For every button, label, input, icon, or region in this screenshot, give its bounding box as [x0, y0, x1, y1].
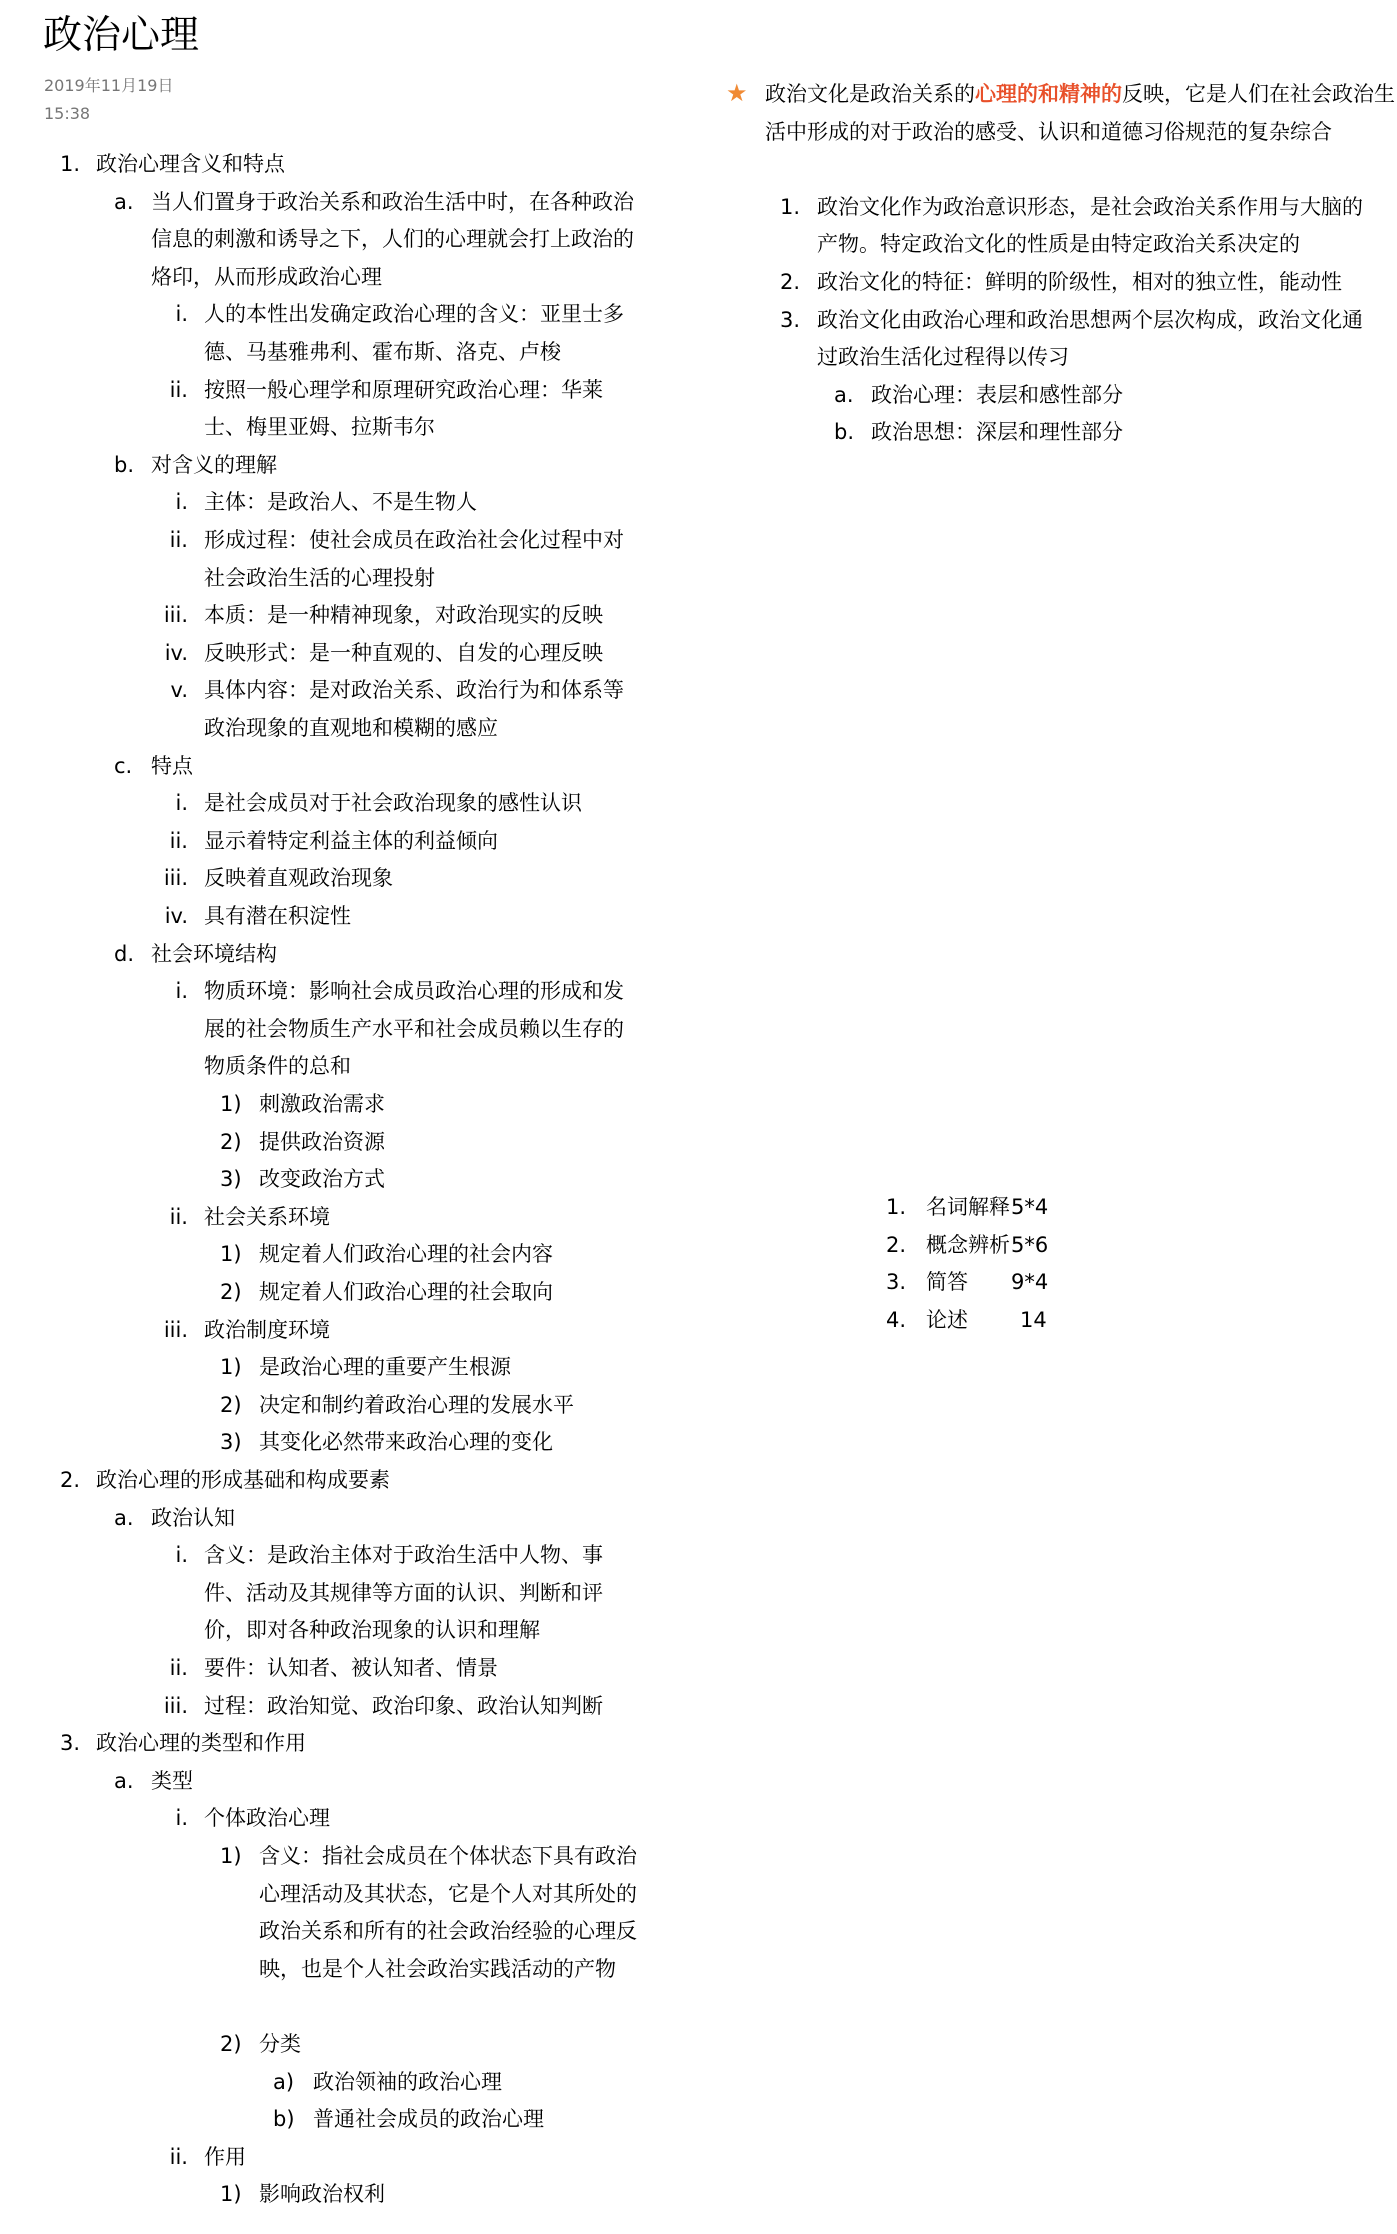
list-marker: iii. — [148, 1688, 188, 1726]
list-item: 1)是政治心理的重要产生根源 — [0, 1349, 660, 1387]
list-item: ii.显示着特定利益主体的利益倾向 — [0, 823, 660, 861]
exam-type: 概念辨析 — [926, 1227, 1010, 1265]
list-marker: 1. — [780, 189, 820, 227]
list-item-text: 作用 — [204, 2139, 644, 2177]
list-item-text: 特点 — [151, 748, 644, 786]
list-item-text: 物质环境：影响社会成员政治心理的形成和发展的社会物质生产水平和社会成员赖以生存的… — [204, 973, 644, 1086]
list-marker: 3. — [780, 302, 820, 340]
list-item-text: 政治思想：深层和理性部分 — [871, 414, 1382, 452]
list-marker: 3) — [220, 1424, 260, 1462]
list-marker: c. — [114, 748, 154, 786]
list-item-text: 政治认知 — [151, 1500, 644, 1538]
list-item-text: 决定和制约着政治心理的发展水平 — [259, 1387, 644, 1425]
list-item-text: 政治心理的形成基础和构成要素 — [96, 1462, 644, 1500]
list-item: i.物质环境：影响社会成员政治心理的形成和发展的社会物质生产水平和社会成员赖以生… — [0, 973, 660, 1086]
list-marker: a) — [273, 2064, 313, 2102]
exam-type: 简答 — [926, 1264, 968, 1302]
list-item: a.类型 — [0, 1763, 660, 1801]
list-marker: iv. — [148, 898, 188, 936]
culture-paragraph: 政治文化是政治关系的心理的和精神的反映，它是人们在社会政治生活中形成的对于政治的… — [765, 76, 1395, 151]
list-item-text: 政治文化作为政治意识形态，是社会政治关系作用与大脑的产物。特定政治文化的性质是由… — [817, 189, 1382, 264]
list-item-text: 反映形式：是一种直观的、自发的心理反映 — [204, 635, 644, 673]
list-item: iii.本质：是一种精神现象，对政治现实的反映 — [0, 597, 660, 635]
list-item: 1.政治心理含义和特点 — [0, 146, 660, 184]
list-marker: i. — [148, 973, 188, 1011]
list-item: 2.政治文化的特征：鲜明的阶级性，相对的独立性，能动性 — [0, 264, 1397, 302]
exam-score: 5*6 — [1011, 1227, 1048, 1265]
list-marker: i. — [148, 484, 188, 522]
list-marker: 2. — [886, 1227, 906, 1265]
list-marker: 2. — [60, 1462, 100, 1500]
list-marker: i. — [148, 1800, 188, 1838]
list-item-text: 其变化必然带来政治心理的变化 — [259, 1424, 644, 1462]
created-date: 2019年11月19日 — [44, 76, 173, 96]
list-item-text: 影响政治权利 — [259, 2176, 644, 2214]
list-marker: a. — [114, 1500, 154, 1538]
list-marker: i. — [148, 785, 188, 823]
list-item-text: 要件：认知者、被认知者、情景 — [204, 1650, 644, 1688]
list-item: b.对含义的理解 — [0, 447, 660, 485]
exam-score: 14 — [1020, 1302, 1047, 1340]
list-item-text: 政治心理的类型和作用 — [96, 1725, 644, 1763]
list-item: v.具体内容：是对政治关系、政治行为和体系等政治现象的直观地和模糊的感应 — [0, 672, 660, 747]
list-marker: ii. — [148, 522, 188, 560]
list-item: 3.政治文化由政治心理和政治思想两个层次构成，政治文化通过政治生活化过程得以传习 — [0, 302, 1397, 377]
list-item-text: 政治文化的特征：鲜明的阶级性，相对的独立性，能动性 — [817, 264, 1382, 302]
list-marker: 1. — [886, 1189, 906, 1227]
list-item-text: 是政治心理的重要产生根源 — [259, 1349, 644, 1387]
list-item: a.政治心理：表层和感性部分 — [0, 377, 1397, 415]
list-marker: 2. — [780, 264, 820, 302]
list-marker: b) — [273, 2101, 313, 2139]
list-item-text: 形成过程：使社会成员在政治社会化过程中对社会政治生活的心理投射 — [204, 522, 644, 597]
list-item: iii.反映着直观政治现象 — [0, 860, 660, 898]
list-item: i.含义：是政治主体对于政治生活中人物、事件、活动及其规律等方面的认识、判断和评… — [0, 1537, 660, 1650]
exam-item: 4.论述14 — [0, 1302, 1397, 1340]
list-marker: ii. — [148, 823, 188, 861]
list-marker: iv. — [148, 635, 188, 673]
list-item: a.政治认知 — [0, 1500, 660, 1538]
created-time: 15:38 — [44, 104, 90, 124]
list-item: ii.形成过程：使社会成员在政治社会化过程中对社会政治生活的心理投射 — [0, 522, 660, 597]
list-item: iv.反映形式：是一种直观的、自发的心理反映 — [0, 635, 660, 673]
list-item-text: 刺激政治需求 — [259, 1086, 644, 1124]
list-marker: 1) — [220, 1838, 260, 1876]
list-item: iii.过程：政治知觉、政治印象、政治认知判断 — [0, 1688, 660, 1726]
list-item-text: 政治文化由政治心理和政治思想两个层次构成，政治文化通过政治生活化过程得以传习 — [817, 302, 1382, 377]
list-item-text: 含义：指社会成员在个体状态下具有政治心理活动及其状态，它是个人对其所处的政治关系… — [259, 1838, 644, 1988]
list-item: b)普通社会成员的政治心理 — [0, 2101, 660, 2139]
list-marker: b. — [114, 447, 154, 485]
list-marker: 4. — [886, 1302, 906, 1340]
list-item-text: 本质：是一种精神现象，对政治现实的反映 — [204, 597, 644, 635]
list-item: 1)含义：指社会成员在个体状态下具有政治心理活动及其状态，它是个人对其所处的政治… — [0, 1838, 660, 2026]
list-item: b.政治思想：深层和理性部分 — [0, 414, 1397, 452]
list-item: iv.具有潜在积淀性 — [0, 898, 660, 936]
list-marker: v. — [148, 672, 188, 710]
list-item: ii.作用 — [0, 2139, 660, 2177]
list-marker: d. — [114, 936, 154, 974]
list-item: 3.政治心理的类型和作用 — [0, 1725, 660, 1763]
list-item-text: 个体政治心理 — [204, 1800, 644, 1838]
list-item-text: 具体内容：是对政治关系、政治行为和体系等政治现象的直观地和模糊的感应 — [204, 672, 644, 747]
list-item-text: 是社会成员对于社会政治现象的感性认识 — [204, 785, 644, 823]
exam-item: 3.简答9*4 — [0, 1264, 1397, 1302]
list-marker: ii. — [148, 2139, 188, 2177]
list-item-text: 过程：政治知觉、政治印象、政治认知判断 — [204, 1688, 644, 1726]
list-marker: 1) — [220, 1349, 260, 1387]
list-item-text: 类型 — [151, 1763, 644, 1801]
exam-score: 5*4 — [1011, 1189, 1048, 1227]
page-title: 政治心理 — [43, 12, 199, 60]
culture-highlight: 心理的和精神的 — [975, 82, 1122, 106]
list-item: ii.要件：认知者、被认知者、情景 — [0, 1650, 660, 1688]
list-item-text: 反映着直观政治现象 — [204, 860, 644, 898]
list-item: 1)刺激政治需求 — [0, 1086, 660, 1124]
exam-item: 1.名词解释5*4 — [0, 1189, 1397, 1227]
list-item-text: 显示着特定利益主体的利益倾向 — [204, 823, 644, 861]
list-item: 1.政治文化作为政治意识形态，是社会政治关系作用与大脑的产物。特定政治文化的性质… — [0, 189, 1397, 264]
list-item-text: 政治心理含义和特点 — [96, 146, 644, 184]
list-marker: a. — [834, 377, 874, 415]
list-item: 1)影响政治权利 — [0, 2176, 660, 2214]
exam-type: 论述 — [926, 1302, 968, 1340]
list-marker: 3. — [886, 1264, 906, 1302]
list-item: 2.政治心理的形成基础和构成要素 — [0, 1462, 660, 1500]
exam-score: 9*4 — [1011, 1264, 1048, 1302]
list-marker: 3. — [60, 1725, 100, 1763]
list-item-text: 政治心理：表层和感性部分 — [871, 377, 1382, 415]
list-item-text: 对含义的理解 — [151, 447, 644, 485]
exam-type: 名词解释 — [926, 1189, 1010, 1227]
list-marker: i. — [148, 1537, 188, 1575]
list-marker: 2) — [220, 2026, 260, 2064]
list-marker: iii. — [148, 597, 188, 635]
list-item: 2)分类 — [0, 2026, 660, 2064]
list-item: c.特点 — [0, 748, 660, 786]
star-icon: ★ — [726, 82, 748, 104]
list-item: i.主体：是政治人、不是生物人 — [0, 484, 660, 522]
list-item-text: 具有潜在积淀性 — [204, 898, 644, 936]
list-item-text: 普通社会成员的政治心理 — [313, 2101, 644, 2139]
list-item-text: 政治领袖的政治心理 — [313, 2064, 644, 2102]
list-item: d.社会环境结构 — [0, 936, 660, 974]
list-marker: a. — [114, 1763, 154, 1801]
list-item: 2)决定和制约着政治心理的发展水平 — [0, 1387, 660, 1425]
list-marker: iii. — [148, 860, 188, 898]
list-marker: 1. — [60, 146, 100, 184]
list-marker: 2) — [220, 1124, 260, 1162]
list-marker: ii. — [148, 1650, 188, 1688]
list-item: i.个体政治心理 — [0, 1800, 660, 1838]
list-item-text: 分类 — [259, 2026, 644, 2064]
exam-item: 2.概念辨析5*6 — [0, 1227, 1397, 1265]
list-item: i.是社会成员对于社会政治现象的感性认识 — [0, 785, 660, 823]
list-marker: 2) — [220, 1387, 260, 1425]
list-marker: 1) — [220, 2176, 260, 2214]
list-marker: b. — [834, 414, 874, 452]
list-item-text: 社会环境结构 — [151, 936, 644, 974]
culture-text-before: 政治文化是政治关系的 — [765, 82, 975, 106]
list-item-text: 含义：是政治主体对于政治生活中人物、事件、活动及其规律等方面的认识、判断和评价，… — [204, 1537, 644, 1650]
list-item: a)政治领袖的政治心理 — [0, 2064, 660, 2102]
list-item-text: 主体：是政治人、不是生物人 — [204, 484, 644, 522]
list-item: 2)提供政治资源 — [0, 1124, 660, 1162]
list-item-text: 提供政治资源 — [259, 1124, 644, 1162]
list-marker: 1) — [220, 1086, 260, 1124]
list-item: 3)其变化必然带来政治心理的变化 — [0, 1424, 660, 1462]
